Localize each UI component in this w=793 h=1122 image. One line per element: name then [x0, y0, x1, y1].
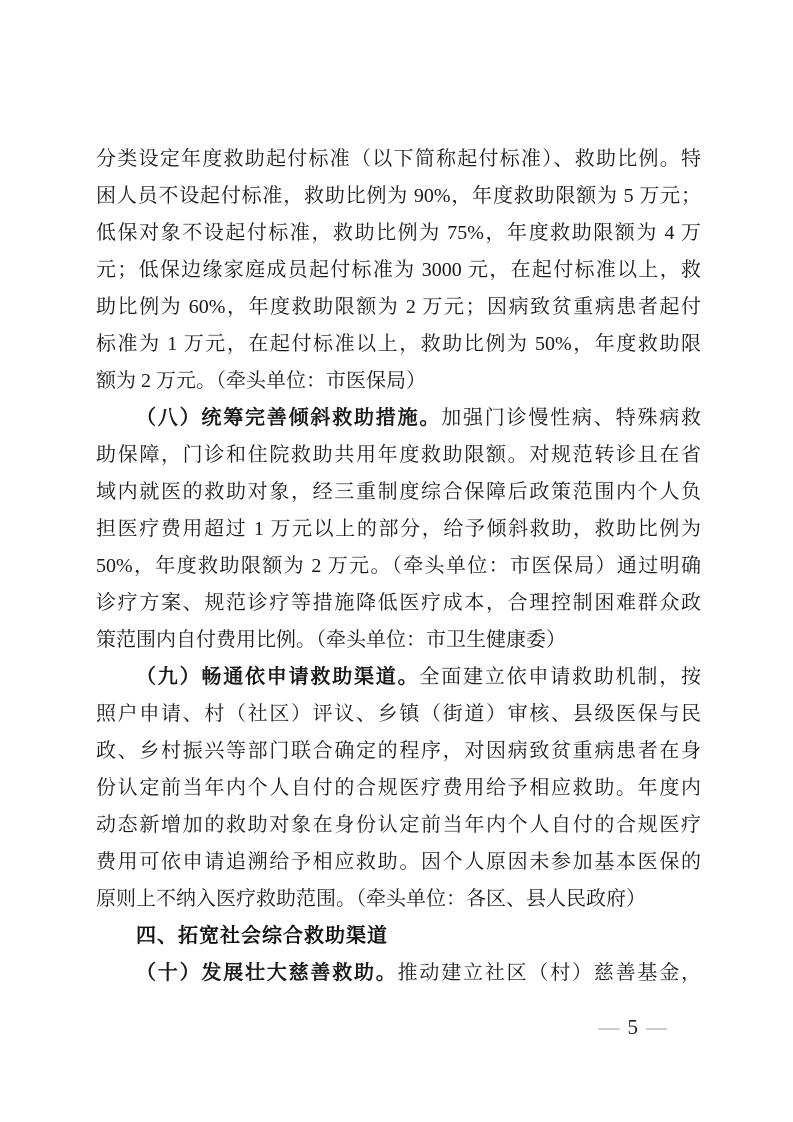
text-segment: 分类设定年度救助起付标准（以下简称起付标准）、救助比例。特 — [96, 148, 701, 170]
text-segment: 策范围内自付费用比例。（牵头单位：市卫生健康委） — [96, 629, 566, 651]
text-line: 助比例为 60%，年度救助限额为 2 万元；因病致贫重病患者起付 — [96, 289, 701, 326]
text-segment: 政、乡村振兴等部门联合确定的程序，对因病致贫重病患者在身 — [96, 740, 701, 762]
text-segment: 份认定前当年内个人自付的合规医疗费用给予相应救助。年度内 — [96, 777, 701, 799]
text-segment: 诊疗方案、规范诊疗等措施降低医疗成本，合理控制困难群众政 — [96, 592, 701, 614]
text-line: 诊疗方案、规范诊疗等措施降低医疗成本，合理控制困难群众政 — [96, 585, 701, 622]
paragraph-lead-in: （九）畅通依申请救助渠道。 — [136, 666, 419, 688]
text-segment: 费用可依申请追溯给予相应救助。因个人原因未参加基本医保的 — [96, 851, 701, 873]
text-segment: 推动建立社区（村）慈善基金， — [398, 962, 701, 984]
page-number-dash-right: — — [646, 1015, 667, 1039]
document-body: 分类设定年度救助起付标准（以下简称起付标准）、救助比例。特 困人员不设起付标准，… — [96, 141, 701, 992]
text-line: 原则上不纳入医疗救助范围。（牵头单位：各区、县人民政府） — [96, 881, 701, 918]
text-line: （十）发展壮大慈善救助。推动建立社区（村）慈善基金， — [96, 955, 701, 992]
text-line: 照户申请、村（社区）评议、乡镇（街道）审核、县级医保与民 — [96, 696, 701, 733]
text-line: 动态新增加的救助对象在身份认定前当年内个人自付的合规医疗 — [96, 807, 701, 844]
text-segment: 低保对象不设起付标准，救助比例为 75%，年度救助限额为 4 万 — [96, 222, 701, 244]
paragraph-lead-in: （八）统筹完善倾斜救助措施。 — [136, 407, 441, 429]
text-line: 四、拓宽社会综合救助渠道 — [96, 918, 701, 955]
text-segment: 担医疗费用超过 1 万元以上的部分，给予倾斜救助，救助比例为 — [96, 518, 701, 540]
page-number: 5 — [628, 1015, 639, 1039]
text-line: 域内就医的救助对象，经三重制度综合保障后政策范围内个人负 — [96, 474, 701, 511]
text-segment: 原则上不纳入医疗救助范围。（牵头单位：各区、县人民政府） — [96, 888, 646, 910]
text-line: 政、乡村振兴等部门联合确定的程序，对因病致贫重病患者在身 — [96, 733, 701, 770]
text-line: （九）畅通依申请救助渠道。全面建立依申请救助机制，按 — [96, 659, 701, 696]
text-line: 额为 2 万元。（牵头单位：市医保局） — [96, 363, 701, 400]
text-line: 份认定前当年内个人自付的合规医疗费用给予相应救助。年度内 — [96, 770, 701, 807]
text-segment: 域内就医的救助对象，经三重制度综合保障后政策范围内个人负 — [96, 481, 701, 503]
text-segment: 动态新增加的救助对象在身份认定前当年内个人自付的合规医疗 — [96, 814, 701, 836]
text-segment: 困人员不设起付标准，救助比例为 90%，年度救助限额为 5 万元； — [96, 185, 701, 207]
page-number-dash-left: — — [599, 1015, 620, 1039]
text-line: 50%，年度救助限额为 2 万元。（牵头单位：市医保局）通过明确 — [96, 548, 701, 585]
text-segment: 助比例为 60%，年度救助限额为 2 万元；因病致贫重病患者起付 — [96, 296, 701, 318]
text-segment: 50%，年度救助限额为 2 万元。（牵头单位：市医保局）通过明确 — [96, 555, 701, 577]
text-line: 助保障，门诊和住院救助共用年度救助限额。对规范转诊且在省 — [96, 437, 701, 474]
text-segment: 全面建立依申请救助机制，按 — [419, 666, 701, 688]
text-line: 元；低保边缘家庭成员起付标准为 3000 元，在起付标准以上，救 — [96, 252, 701, 289]
section-heading: 四、拓宽社会综合救助渠道 — [136, 925, 388, 947]
text-segment: 助保障，门诊和住院救助共用年度救助限额。对规范转诊且在省 — [96, 444, 701, 466]
text-segment: 标准为 1 万元，在起付标准以上，救助比例为 50%，年度救助限 — [96, 333, 701, 355]
text-line: （八）统筹完善倾斜救助措施。加强门诊慢性病、特殊病救 — [96, 400, 701, 437]
text-segment: 元；低保边缘家庭成员起付标准为 3000 元，在起付标准以上，救 — [96, 259, 701, 281]
document-page: 分类设定年度救助起付标准（以下简称起付标准）、救助比例。特 困人员不设起付标准，… — [0, 0, 793, 1122]
text-line: 担医疗费用超过 1 万元以上的部分，给予倾斜救助，救助比例为 — [96, 511, 701, 548]
text-segment: 额为 2 万元。（牵头单位：市医保局） — [96, 370, 426, 392]
text-line: 标准为 1 万元，在起付标准以上，救助比例为 50%，年度救助限 — [96, 326, 701, 363]
text-segment: 照户申请、村（社区）评议、乡镇（街道）审核、县级医保与民 — [96, 703, 701, 725]
text-line: 策范围内自付费用比例。（牵头单位：市卫生健康委） — [96, 622, 701, 659]
page-footer: —5— — [0, 1012, 793, 1042]
text-segment: 加强门诊慢性病、特殊病救 — [441, 407, 701, 429]
text-line: 困人员不设起付标准，救助比例为 90%，年度救助限额为 5 万元； — [96, 178, 701, 215]
text-line: 分类设定年度救助起付标准（以下简称起付标准）、救助比例。特 — [96, 141, 701, 178]
text-line: 费用可依申请追溯给予相应救助。因个人原因未参加基本医保的 — [96, 844, 701, 881]
text-line: 低保对象不设起付标准，救助比例为 75%，年度救助限额为 4 万 — [96, 215, 701, 252]
paragraph-lead-in: （十）发展壮大慈善救助。 — [136, 962, 398, 984]
